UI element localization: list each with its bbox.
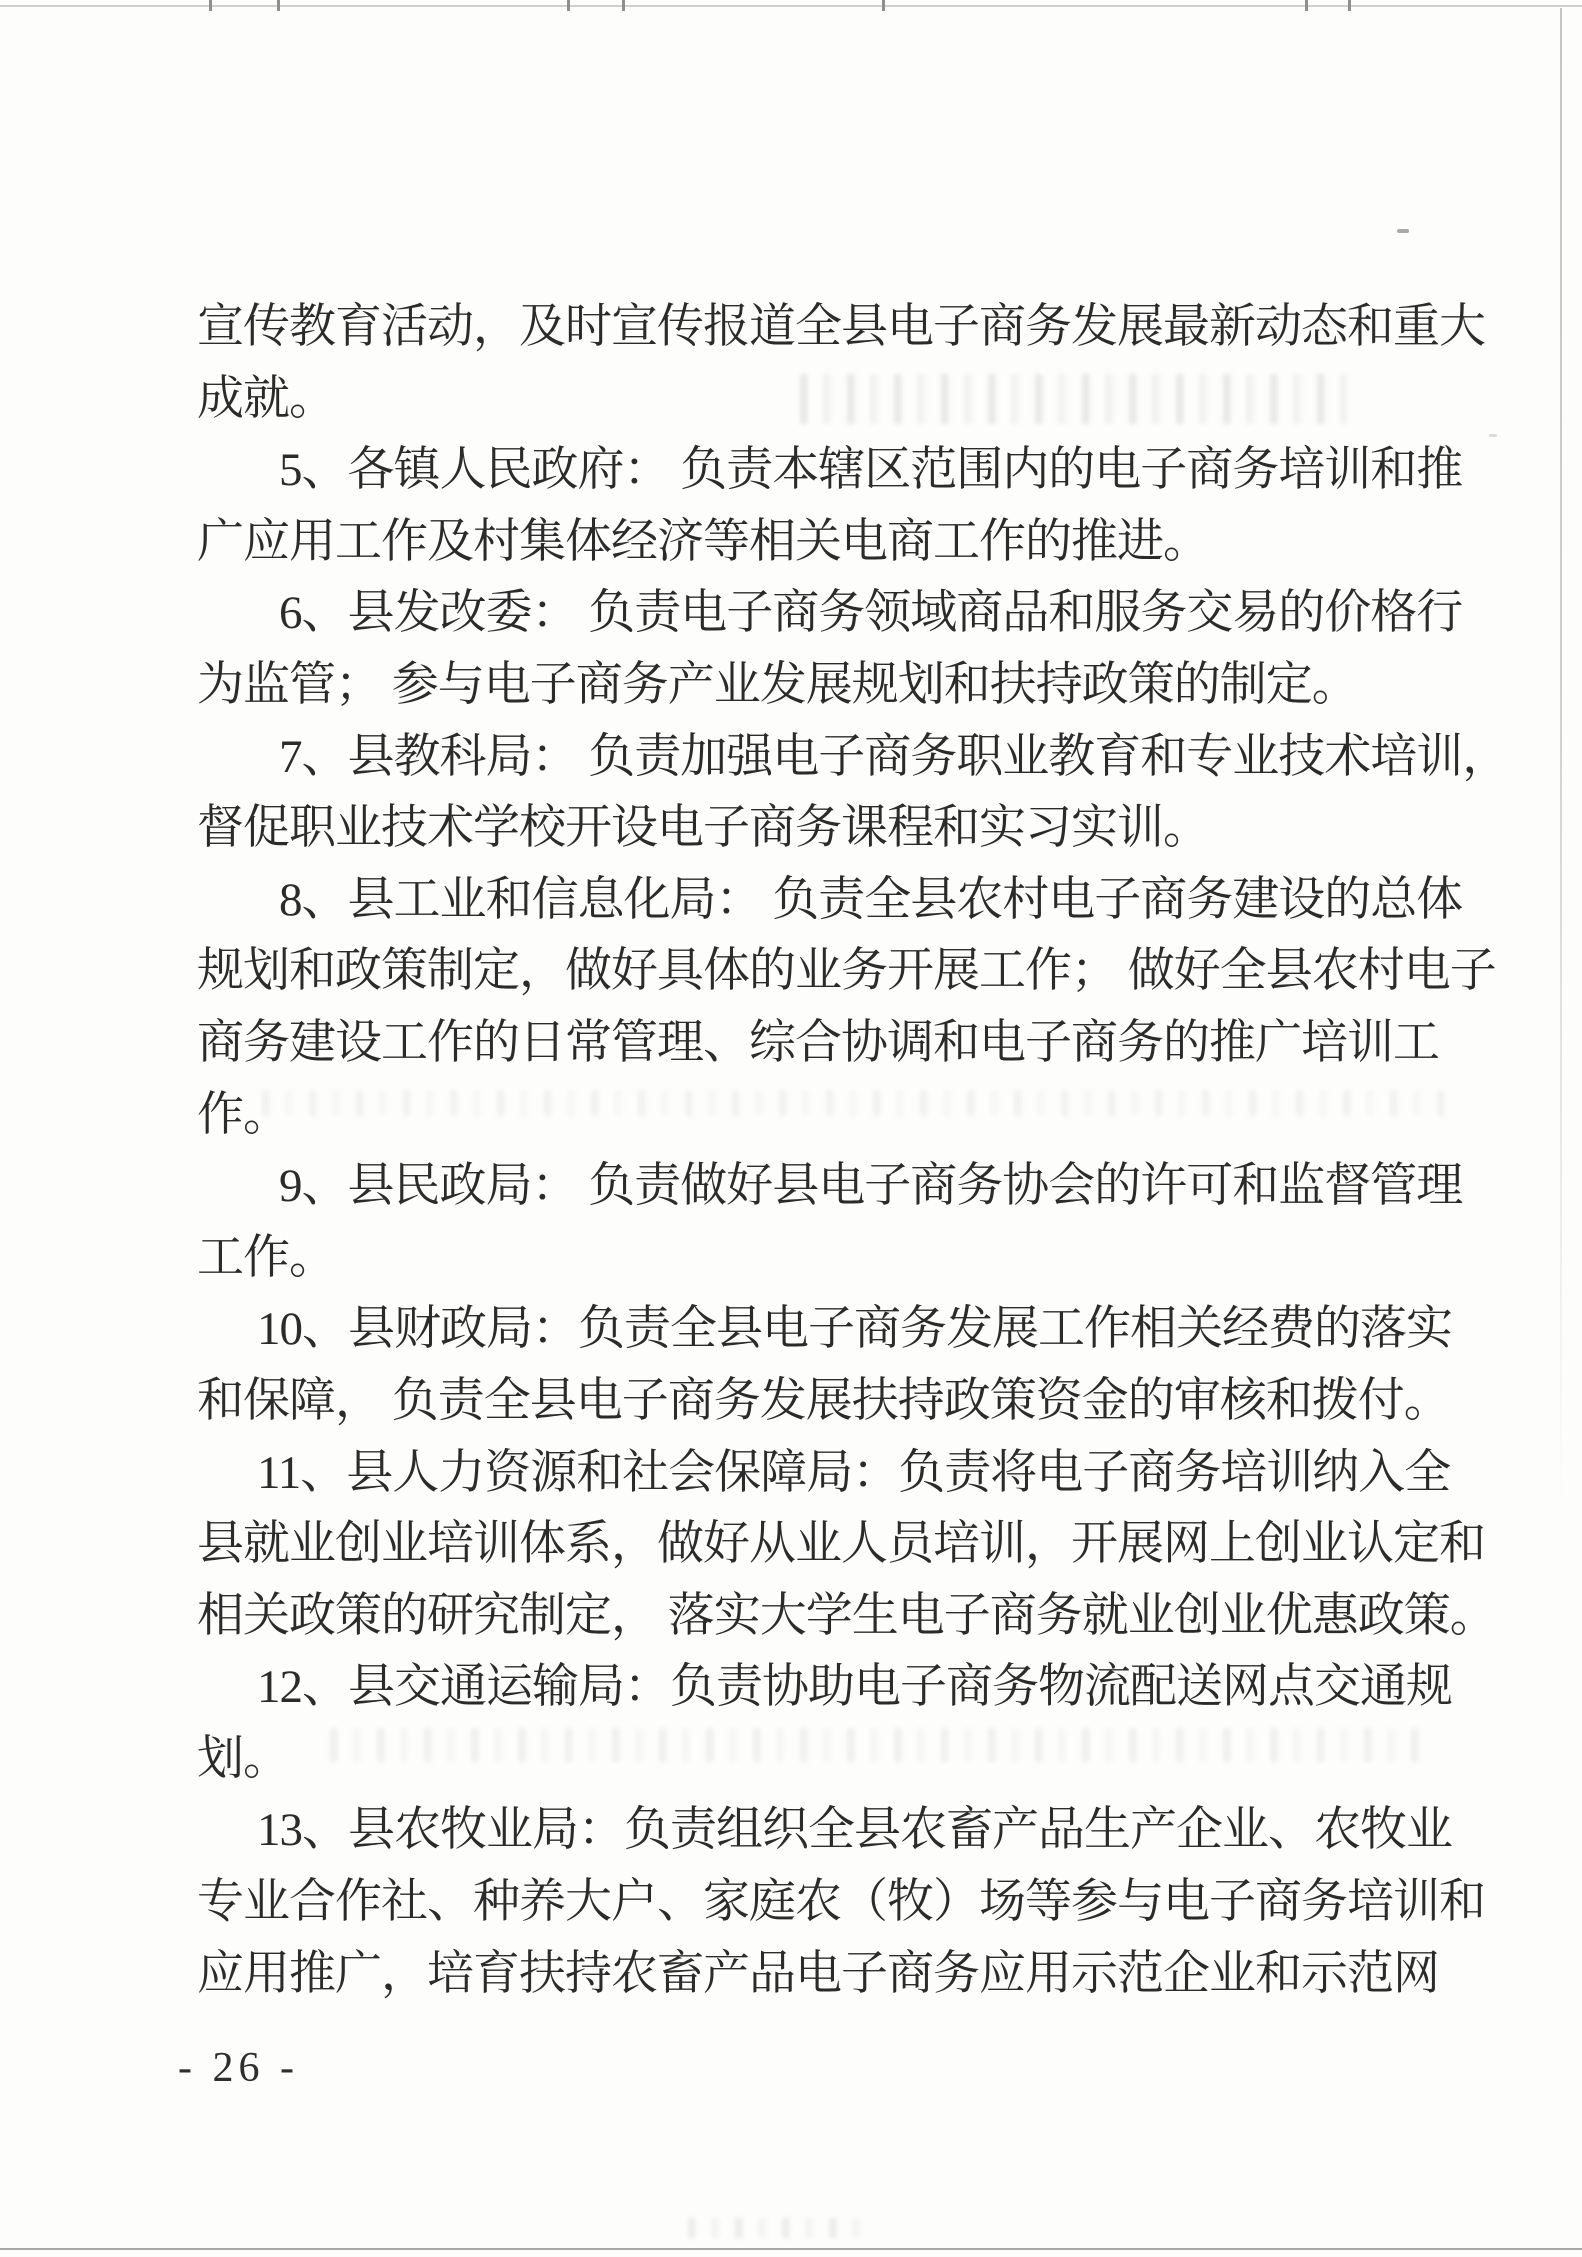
text-line: 10、县财政局：负责全县电子商务发展工作相关经费的落实 — [197, 1294, 1487, 1366]
scan-tick-mark — [882, 0, 885, 11]
text-line: 商务建设工作的日常管理、综合协调和电子商务的推广培训工 — [197, 1008, 1487, 1080]
ink-bleed-through-artifact — [688, 2218, 863, 2238]
scan-edge-bottom-line — [0, 2248, 1582, 2250]
text-line: 宣传教育活动，及时宣传报道全县电子商务发展最新动态和重大 — [197, 292, 1487, 364]
scan-tick-mark — [1305, 0, 1308, 11]
text-line: 作。 — [197, 1080, 1487, 1152]
text-line: 县就业创业培训体系，做好从业人员培训，开展网上创业认定和 — [197, 1509, 1487, 1581]
text-line: 成就。 — [197, 364, 1487, 436]
text-line: 7、县教科局： 负责加强电子商务职业教育和专业技术培训， — [197, 722, 1487, 794]
text-line: 11、县人力资源和社会保障局：负责将电子商务培训纳入全 — [197, 1438, 1487, 1510]
scan-edge-right-line — [1560, 8, 1562, 1508]
text-line: 专业合作社、种养大户、家庭农（牧）场等参与电子商务培训和 — [197, 1867, 1487, 1939]
text-block: 宣传教育活动，及时宣传报道全县电子商务发展最新动态和重大成就。5、各镇人民政府：… — [197, 292, 1487, 2010]
text-line: 8、县工业和信息化局： 负责全县农村电子商务建设的总体 — [197, 865, 1487, 937]
text-line: 为监管； 参与电子商务产业发展规划和扶持政策的制定。 — [197, 650, 1487, 722]
text-line: 应用推广，培育扶持农畜产品电子商务应用示范企业和示范网 — [197, 1939, 1487, 2011]
scan-speck-artifact — [1397, 229, 1409, 233]
text-line: 相关政策的研究制定， 落实大学生电子商务就业创业优惠政策。 — [197, 1581, 1487, 1653]
scan-speck-artifact — [1489, 434, 1497, 437]
text-line: 广应用工作及村集体经济等相关电商工作的推进。 — [197, 507, 1487, 579]
text-line: 和保障， 负责全县电子商务发展扶持政策资金的审核和拨付。 — [197, 1366, 1487, 1438]
scanned-document-page: 宣传教育活动，及时宣传报道全县电子商务发展最新动态和重大成就。5、各镇人民政府：… — [0, 0, 1582, 2257]
scan-tick-mark — [1348, 0, 1351, 11]
text-line: 工作。 — [197, 1223, 1487, 1295]
scan-edge-top-line — [0, 5, 1582, 7]
text-line: 13、县农牧业局：负责组织全县农畜产品生产企业、农牧业 — [197, 1795, 1487, 1867]
text-line: 9、县民政局： 负责做好县电子商务协会的许可和监督管理 — [197, 1151, 1487, 1223]
scan-tick-mark — [622, 0, 625, 11]
scan-tick-mark — [277, 0, 280, 11]
page-number: - 26 - — [178, 2042, 299, 2094]
text-line: 5、各镇人民政府： 负责本辖区范围内的电子商务培训和推 — [197, 435, 1487, 507]
text-line: 12、县交通运输局：负责协助电子商务物流配送网点交通规 — [197, 1652, 1487, 1724]
text-line: 督促职业技术学校开设电子商务课程和实习实训。 — [197, 793, 1487, 865]
text-line: 6、县发改委： 负责电子商务领域商品和服务交易的价格行 — [197, 578, 1487, 650]
text-line: 规划和政策制定，做好具体的业务开展工作； 做好全县农村电子 — [197, 936, 1487, 1008]
scan-tick-mark — [209, 0, 212, 11]
text-line: 划。 — [197, 1724, 1487, 1796]
scan-tick-mark — [567, 0, 570, 11]
